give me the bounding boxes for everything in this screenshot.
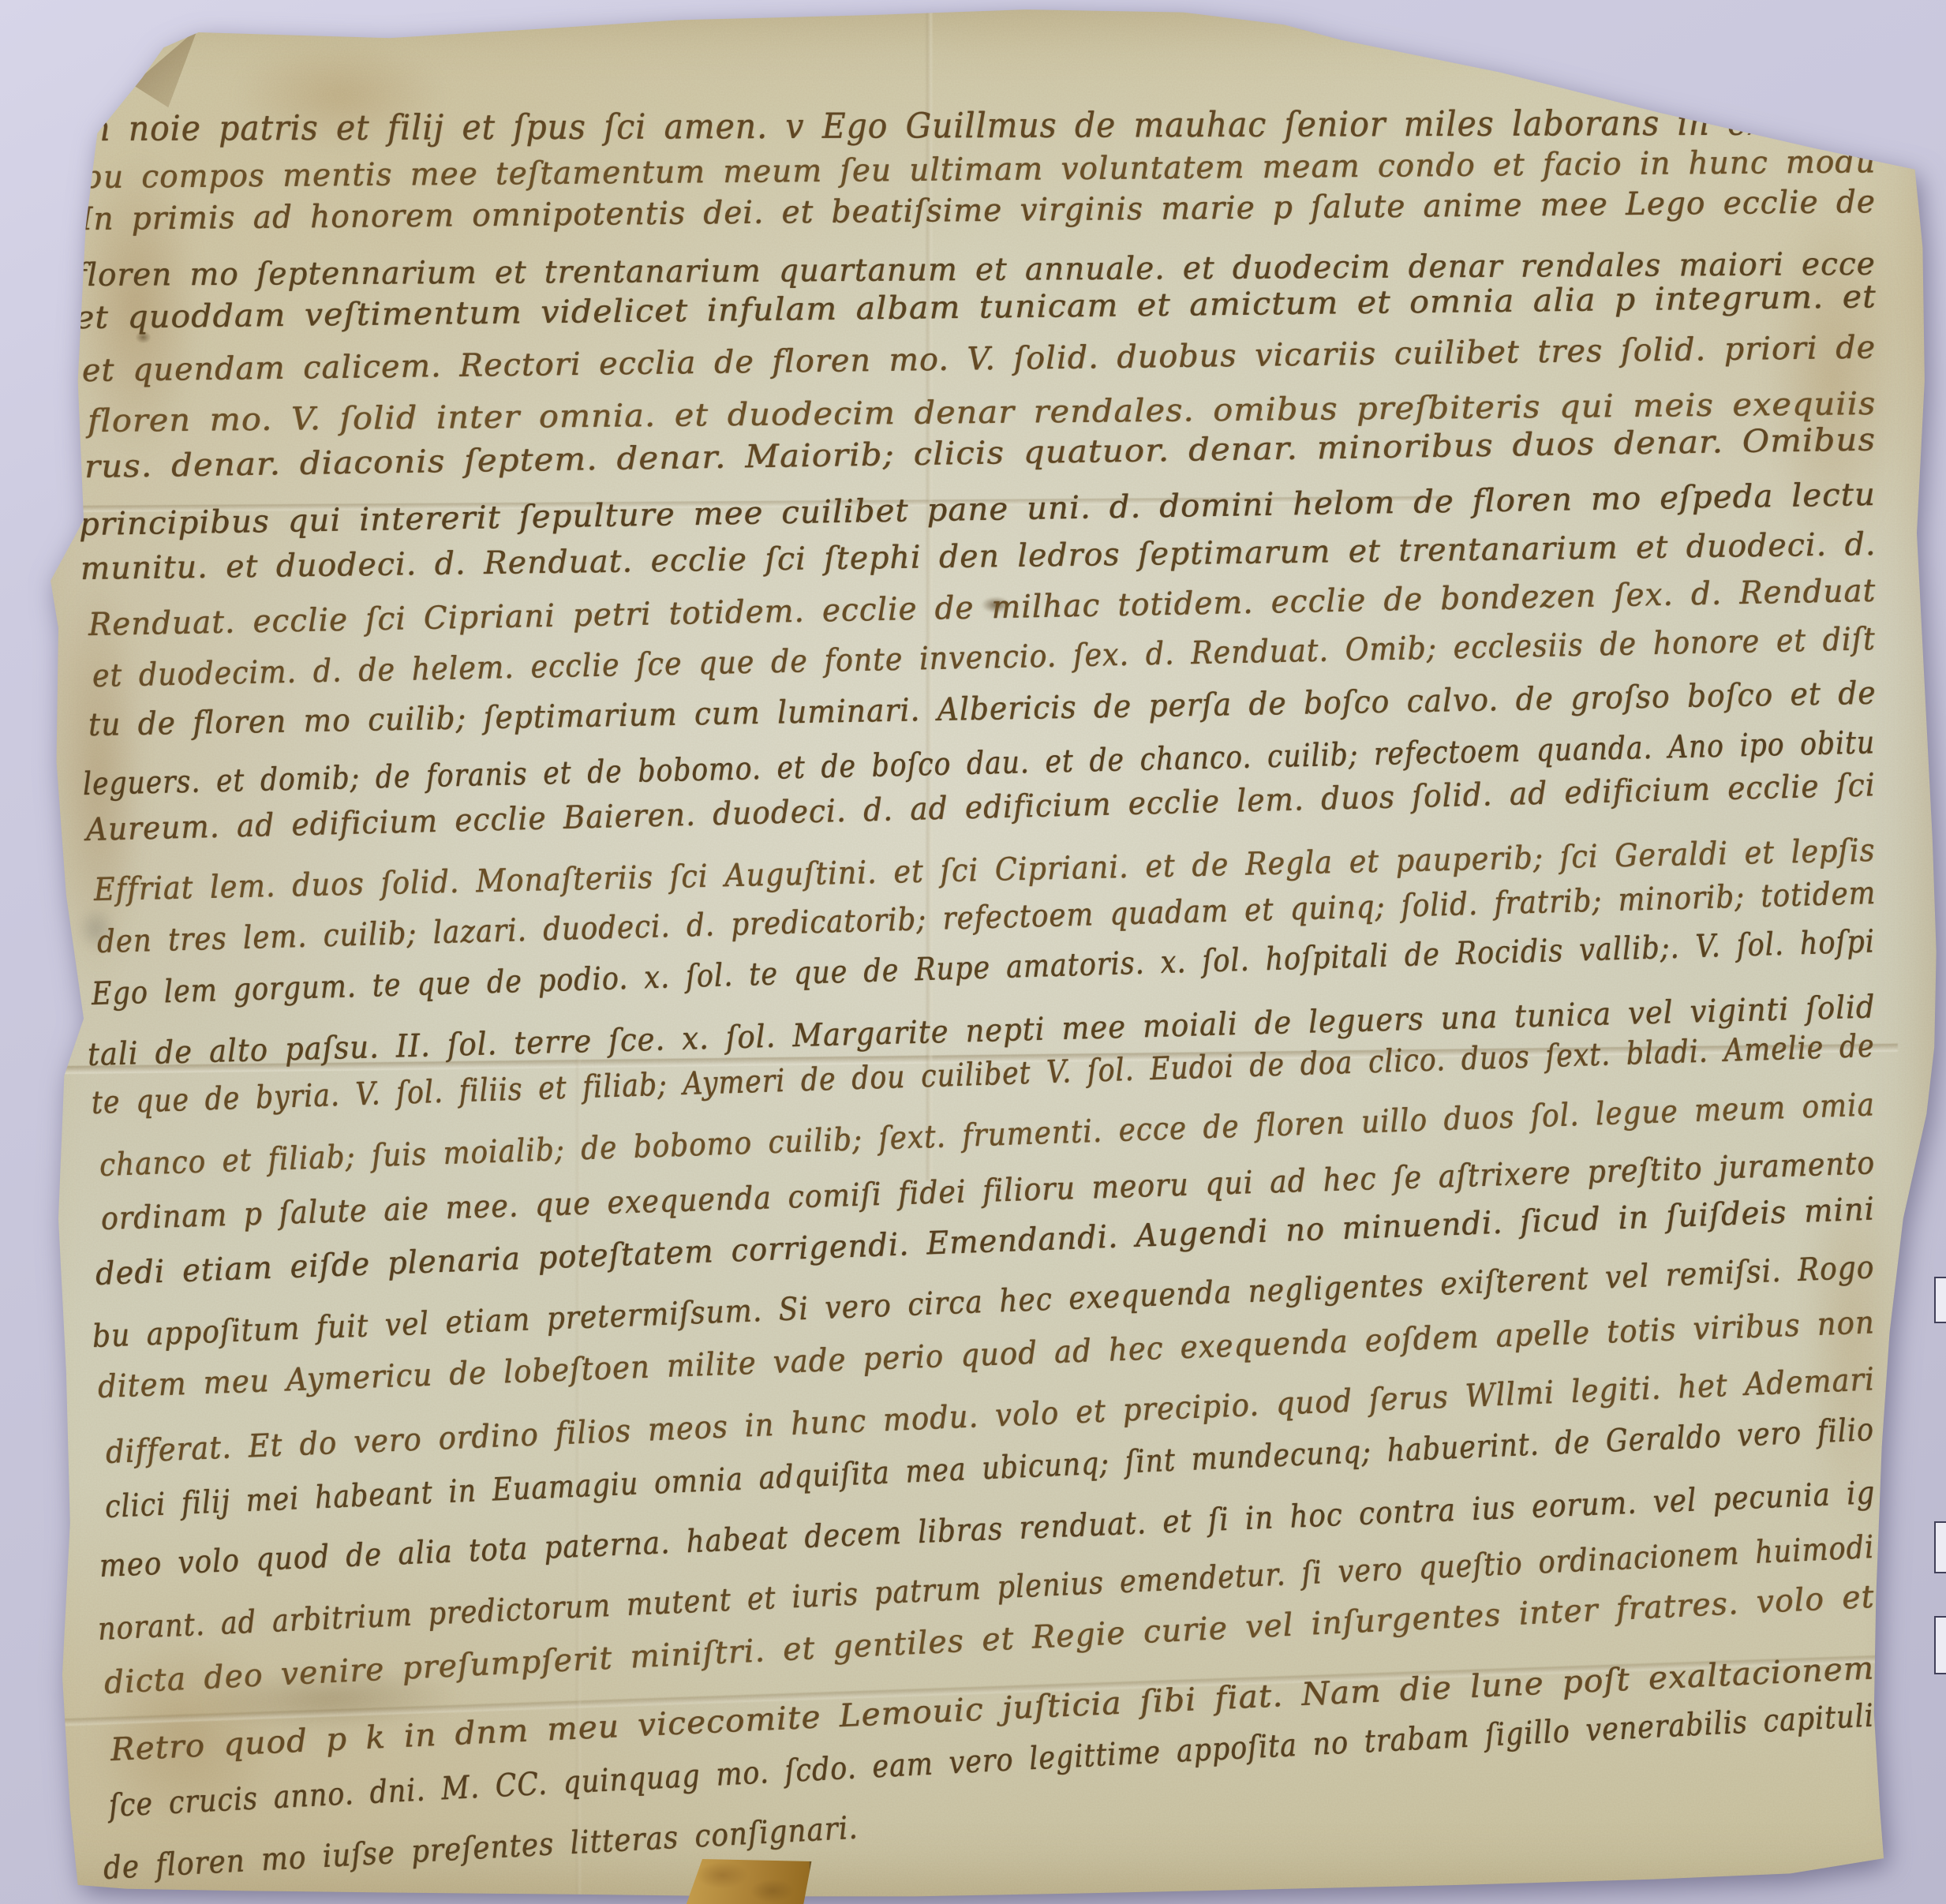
manuscript-line: et quendam calicem. Rectori ecclia de fl…: [82, 330, 1877, 388]
edge-tab-2: [1934, 1521, 1946, 1573]
edge-tab-1: [1934, 1277, 1946, 1323]
ink-dot-top-right: [1615, 32, 1627, 42]
parchment: In noie patris et filij et ſpus ſci amen…: [0, 0, 1946, 1904]
parchment-shadow: In noie patris et filij et ſpus ſci amen…: [0, 0, 1946, 1904]
manuscript-text-block: In noie patris et filij et ſpus ſci amen…: [0, 0, 1946, 1904]
manuscript-line: In noie patris et filij et ſpus ſci amen…: [76, 104, 1876, 148]
edge-tab-3: [1934, 1616, 1946, 1674]
seal-tag: [685, 1857, 813, 1904]
photo: { "photo": { "background_color": "#c9c6d…: [0, 0, 1946, 1904]
